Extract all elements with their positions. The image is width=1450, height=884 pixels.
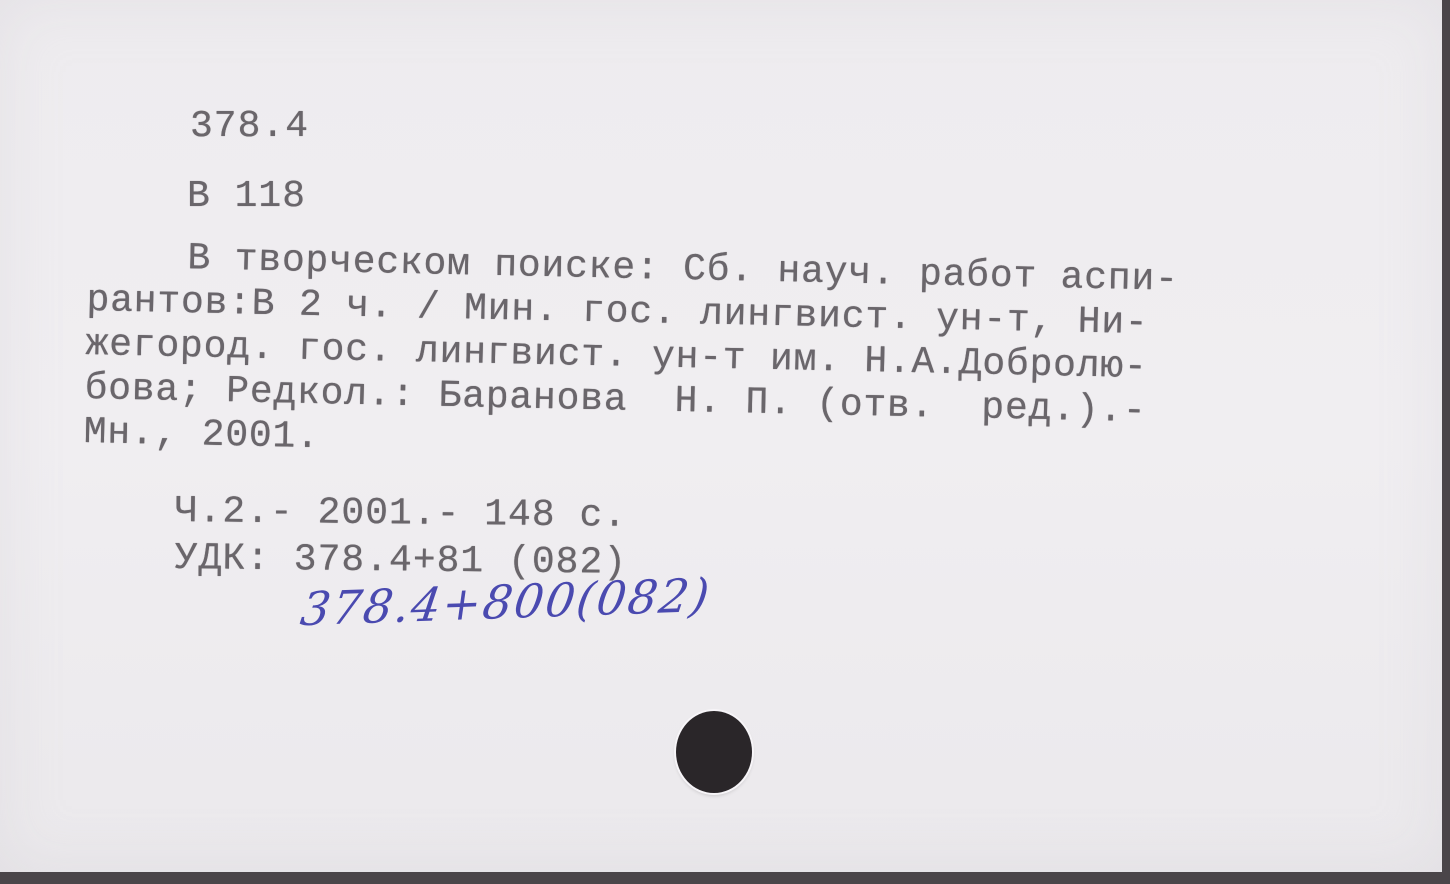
bibliographic-description: В творческом поиске: Сб. науч. работ асп… bbox=[83, 235, 1179, 479]
scanned-catalog-card: 378.4 В 118 В творческом поиске: Сб. нау… bbox=[0, 0, 1450, 884]
author-mark: В 118 bbox=[187, 175, 306, 218]
part-info: Ч.2.- 2001.- 148 с. bbox=[175, 490, 628, 538]
library-catalog-card: 378.4 В 118 В творческом поиске: Сб. нау… bbox=[0, 0, 1442, 872]
call-number: 378.4 bbox=[190, 105, 309, 148]
scanner-edge-right bbox=[1442, 0, 1450, 884]
punch-hole bbox=[676, 711, 752, 793]
scanner-edge-bottom bbox=[0, 872, 1450, 884]
